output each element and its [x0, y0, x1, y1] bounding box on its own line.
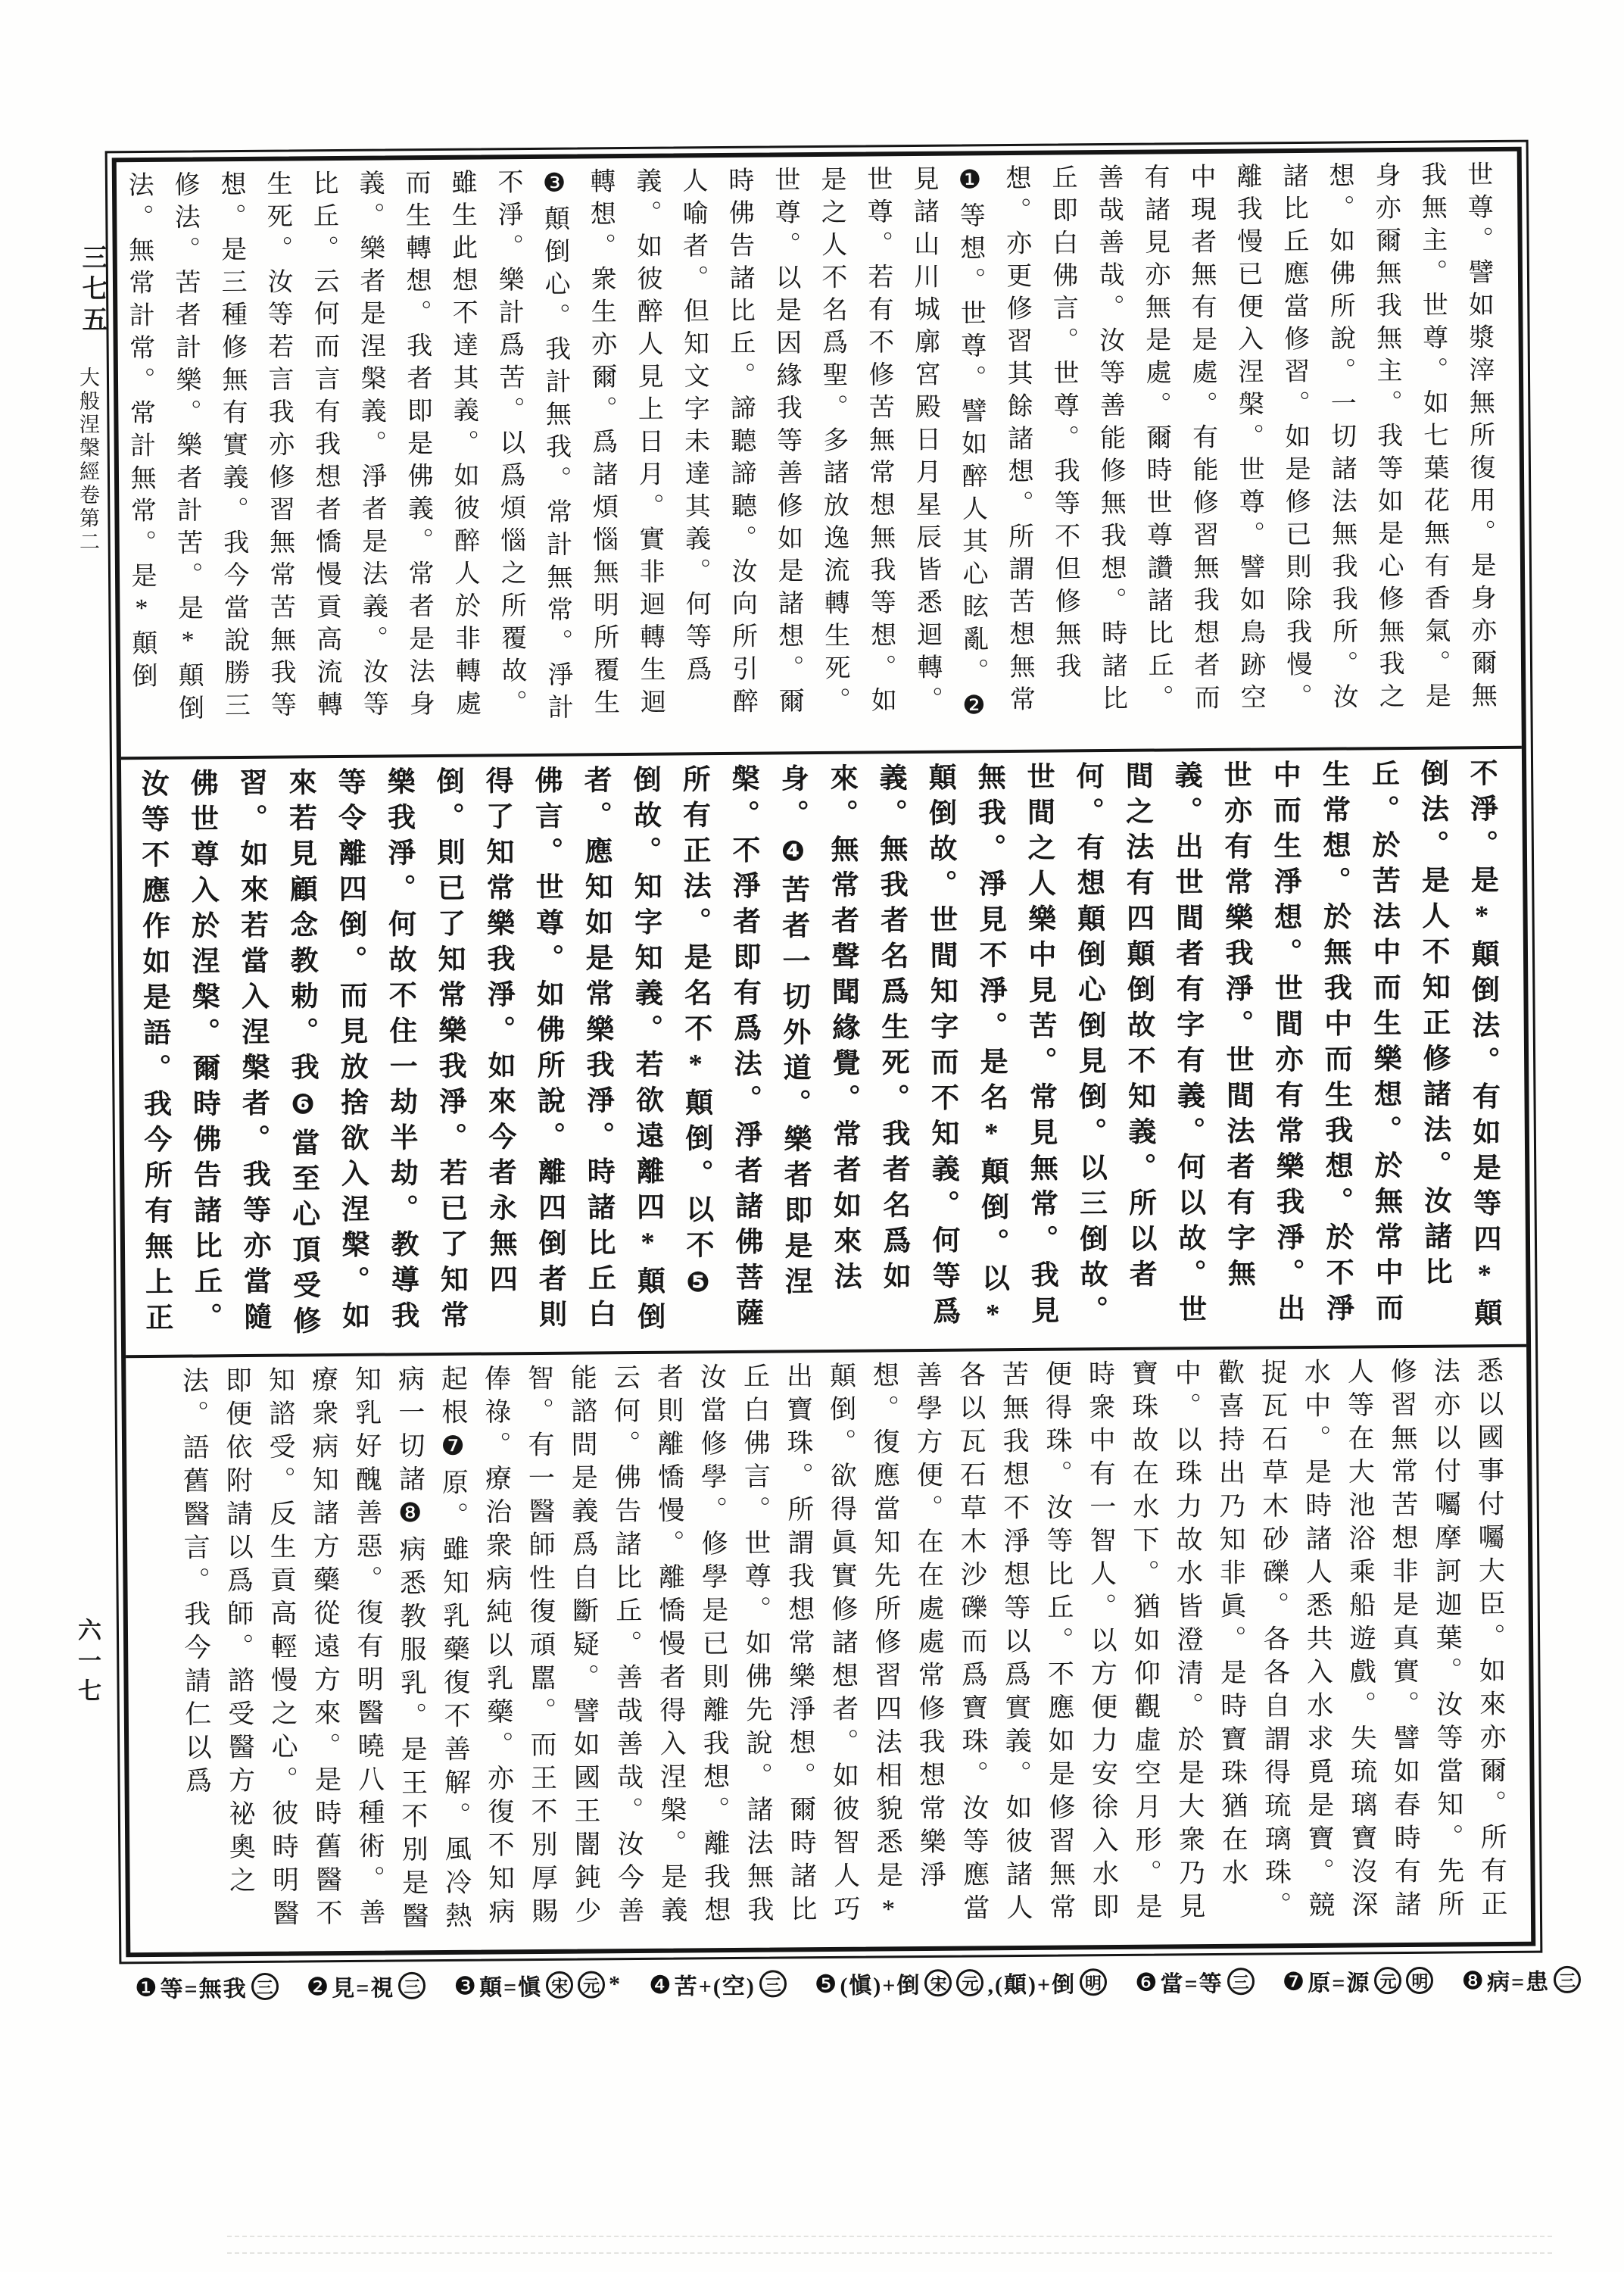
- apparatus-note: ❺(愼)+倒宋元,(顛)+倒明: [815, 1965, 1108, 2000]
- apparatus-note: ❽病=患三: [1461, 1963, 1582, 1997]
- apparatus-edition-siglum: 元: [578, 1971, 605, 1999]
- margin-volume-title: 大般涅槃經卷第二: [77, 367, 98, 554]
- apparatus-note-number: ❼: [1283, 1968, 1305, 1993]
- apparatus-edition-siglum: 明: [1406, 1967, 1433, 1994]
- apparatus-note: ❻當=等三: [1135, 1965, 1255, 1999]
- apparatus-edition-siglum: 三: [251, 1973, 279, 2000]
- apparatus-note-text: 原=源: [1308, 1964, 1370, 1997]
- scan-artifact-dash: [227, 2252, 1552, 2254]
- apparatus-note-text: 當=等: [1161, 1965, 1223, 1998]
- apparatus-note-number: ❽: [1461, 1968, 1484, 1993]
- apparatus-edition-siglum: 元: [956, 1969, 983, 1996]
- register-middle-text: 不淨。是*顛倒法。有如是等四*顛倒法。是人不知正修諸法。汝諸比丘。於苦法中而生樂…: [138, 758, 1510, 1345]
- apparatus-edition-siglum: 三: [759, 1970, 787, 1997]
- apparatus-note-text: 苦+(空): [675, 1968, 756, 2002]
- apparatus-note: ❼原=源元明: [1283, 1964, 1435, 1998]
- register-bottom: 悉以國事付囑大臣。如來亦爾。所有正法亦以付囑摩訶迦葉。汝等當知。先所修習無常苦想…: [126, 1347, 1531, 1952]
- margin-page-number: 三七五: [79, 244, 104, 337]
- apparatus-note-number: ❻: [1135, 1969, 1158, 1994]
- scanned-sutra-page: 三七五 大般涅槃經卷第二 六一七 世尊。譬如漿滓無所復用。是身亦爾無我無主。世尊…: [0, 0, 1624, 2272]
- apparatus-note-number: ❺: [815, 1971, 837, 1996]
- apparatus-edition-siglum: 明: [1080, 1968, 1107, 1996]
- apparatus-edition-siglum: 三: [398, 1972, 425, 1999]
- apparatus-edition-siglum: 宋: [924, 1969, 952, 1996]
- apparatus-note: ❸顛=愼宋元*: [454, 1968, 622, 2002]
- scan-artifact-dash: [227, 2236, 1552, 2237]
- register-bottom-text: 悉以國事付囑大臣。如來亦爾。所有正法亦以付囑摩訶迦葉。汝等當知。先所修習無常苦想…: [142, 1356, 1514, 1943]
- apparatus-note: ❹苦+(空)三: [649, 1967, 787, 2001]
- apparatus-edition-siglum: 三: [1554, 1966, 1581, 1993]
- apparatus-edition-siglum: 元: [1374, 1967, 1401, 1994]
- register-top: 世尊。譬如漿滓無所復用。是身亦爾無我無主。世尊。如七葉花無有香氣。是身亦爾無我無…: [117, 151, 1522, 757]
- apparatus-note-text: (愼)+倒: [840, 1966, 921, 2000]
- apparatus-note-text: 見=視: [332, 1969, 394, 2002]
- apparatus-note-number: ❶: [135, 1974, 157, 1999]
- apparatus-edition-siglum: 三: [1227, 1968, 1255, 1995]
- apparatus-note-text: 等=無我: [160, 1970, 247, 2004]
- apparatus-note-number: ❹: [649, 1972, 672, 1997]
- apparatus-note-number: ❷: [307, 1974, 329, 1999]
- apparatus-note-text: 病=患: [1487, 1963, 1550, 1996]
- text-block-frame: 世尊。譬如漿滓無所復用。是身亦爾無我無主。世尊。如七葉花無有香氣。是身亦爾無我無…: [105, 140, 1543, 1965]
- apparatus-note-number: ❸: [454, 1973, 476, 1998]
- apparatus-note-text: ,(顛)+倒: [987, 1965, 1076, 1999]
- apparatus-note-text: 顛=愼: [479, 1968, 542, 2002]
- apparatus-edition-siglum: 宋: [546, 1971, 573, 1999]
- apparatus-note: ❷見=視三: [307, 1969, 427, 2003]
- register-middle: 不淨。是*顛倒法。有如是等四*顛倒法。是人不知正修諸法。汝諸比丘。於苦法中而生樂…: [121, 749, 1526, 1355]
- margin-folio-number: 六一七: [76, 1618, 99, 1709]
- apparatus-note-text: *: [609, 1971, 622, 1997]
- register-top-text: 世尊。譬如漿滓無所復用。是身亦爾無我無主。世尊。如七葉花無有香氣。是身亦爾無我無…: [133, 161, 1505, 747]
- footnote-apparatus: ❶等=無我三❷見=視三❸顛=愼宋元*❹苦+(空)三❺(愼)+倒宋元,(顛)+倒明…: [135, 1959, 1535, 2008]
- text-block-inner-frame: 世尊。譬如漿滓無所復用。是身亦爾無我無主。世尊。如七葉花無有香氣。是身亦爾無我無…: [112, 147, 1536, 1958]
- apparatus-note: ❶等=無我三: [135, 1970, 279, 2004]
